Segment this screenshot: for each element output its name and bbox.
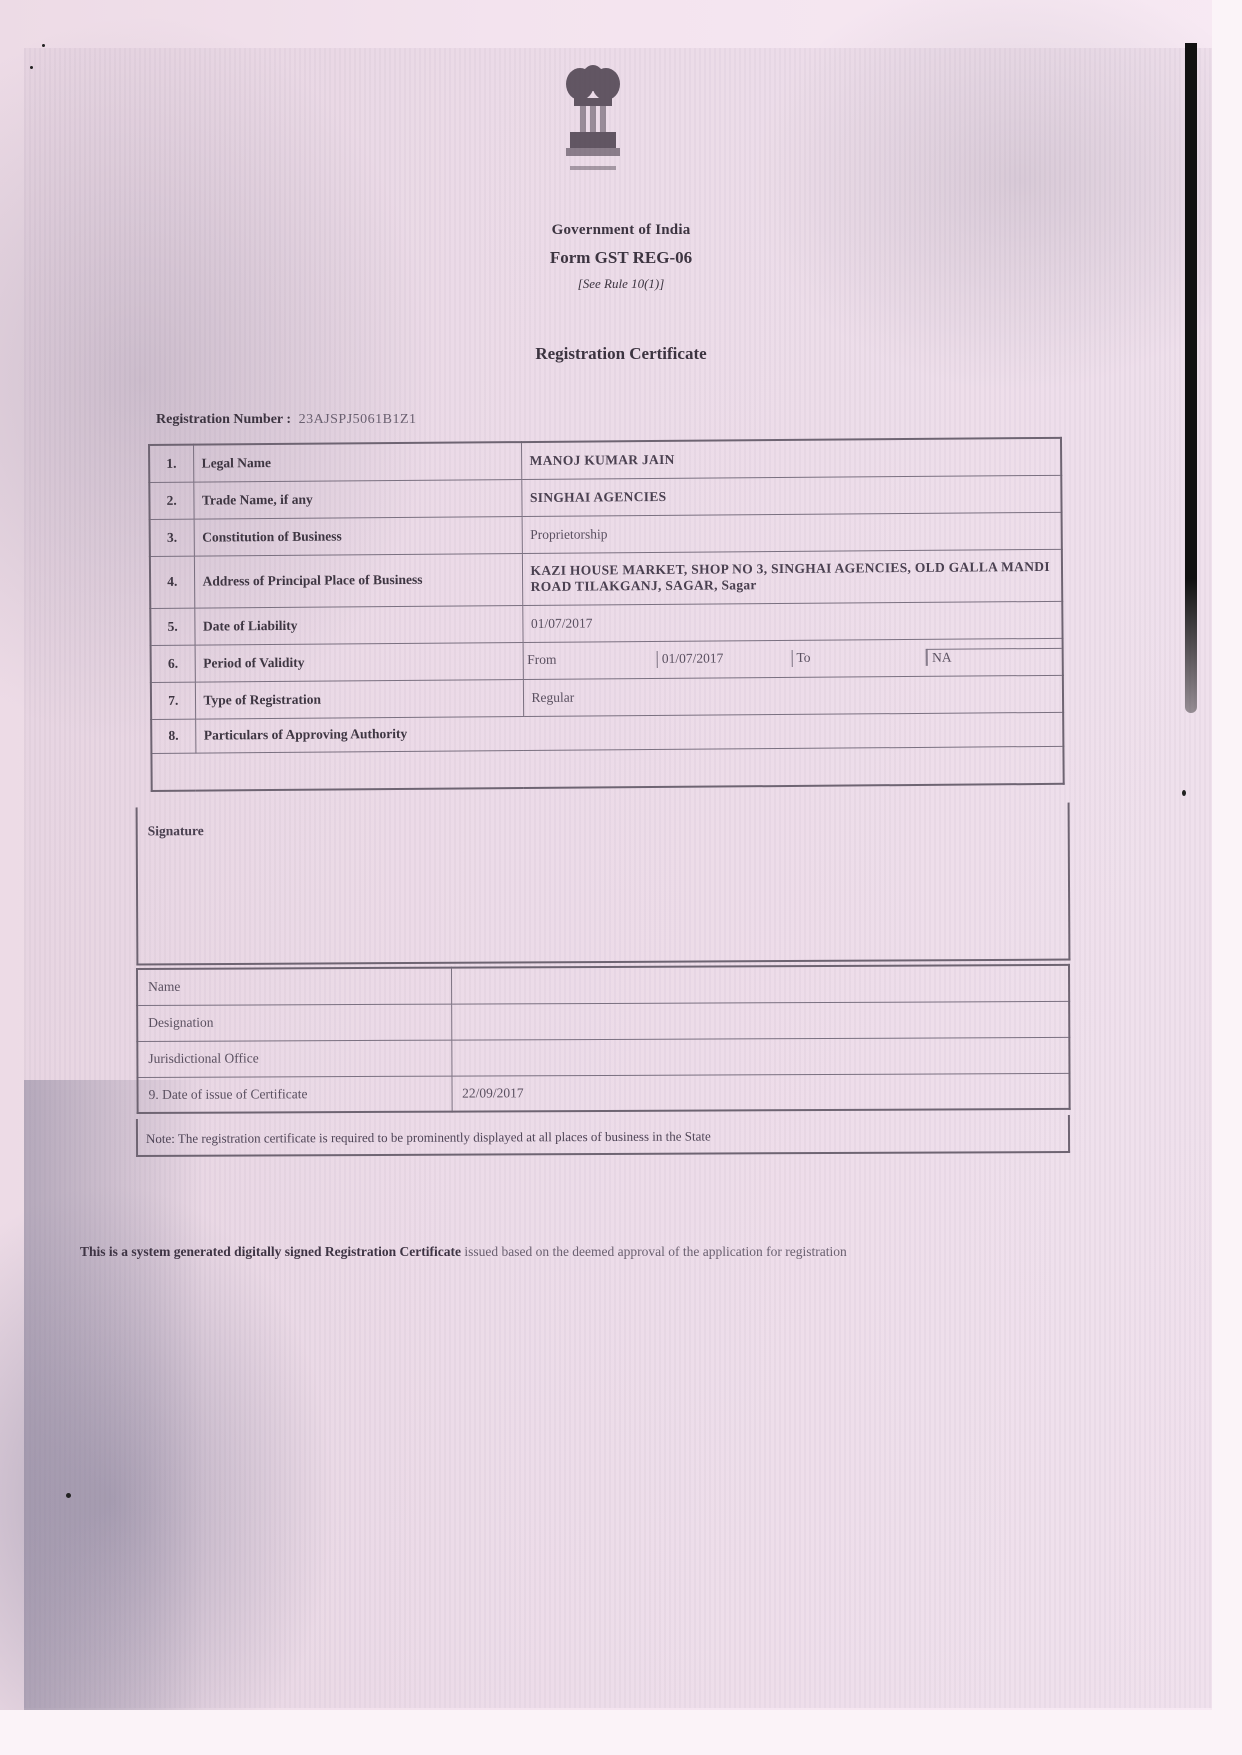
- footer-statement: This is a system generated digitally sig…: [80, 1240, 1040, 1264]
- scan-edge-bar: [1185, 43, 1197, 713]
- signature-box: Signature: [136, 803, 1071, 966]
- name-value: [451, 965, 1069, 1004]
- table-row: Name: [137, 965, 1069, 1005]
- form-number: Form GST REG-06: [0, 248, 1242, 268]
- validity-period: From 01/07/2017 To NA: [523, 648, 1062, 669]
- registration-type-value: Regular: [523, 675, 1063, 716]
- row-label: Address of Principal Place of Business: [194, 553, 522, 608]
- validity-from-label: From: [523, 651, 658, 669]
- name-label: Name: [137, 968, 451, 1005]
- scan-speck: [66, 1493, 71, 1498]
- row-number: 1.: [149, 445, 193, 482]
- table-row: Designation: [137, 1001, 1069, 1041]
- designation-value: [451, 1001, 1069, 1040]
- row-label: Type of Registration: [195, 679, 523, 719]
- validity-to-label: To: [792, 649, 927, 667]
- trade-name-value: SINGHAI AGENCIES: [521, 475, 1061, 516]
- rule-reference: [See Rule 10(1)]: [0, 276, 1242, 292]
- scan-speck: [1182, 790, 1186, 796]
- address-value: KAZI HOUSE MARKET, SHOP NO 3, SINGHAI AG…: [522, 549, 1062, 605]
- approving-authority-table: Name Designation Jurisdictional Office 9…: [136, 964, 1071, 1114]
- table-row: Jurisdictional Office: [137, 1037, 1069, 1077]
- issue-date-value: 22/09/2017: [451, 1073, 1069, 1112]
- page-margin-bottom: [0, 1710, 1242, 1755]
- row-label: Legal Name: [193, 442, 521, 482]
- row-number: 4.: [150, 556, 194, 608]
- blank-row: [151, 746, 1063, 791]
- row-label: Period of Validity: [195, 642, 523, 682]
- designation-label: Designation: [137, 1004, 451, 1041]
- jurisdictional-office-value: [451, 1037, 1069, 1076]
- table-row: 9. Date of issue of Certificate 22/09/20…: [137, 1073, 1069, 1113]
- scan-speck: [42, 44, 45, 47]
- validity-from-date: 01/07/2017: [658, 650, 793, 668]
- table-row: 4. Address of Principal Place of Busines…: [150, 549, 1062, 608]
- row-number: 8.: [151, 719, 195, 753]
- validity-to-date: NA: [927, 648, 1062, 666]
- display-note: Note: The registration certificate is re…: [136, 1115, 1070, 1157]
- registration-number-value: 23AJSPJ5061B1Z1: [299, 412, 417, 427]
- constitution-value: Proprietorship: [522, 512, 1062, 553]
- footer-text-bold: This is a system generated digitally sig…: [80, 1244, 461, 1259]
- government-heading: Government of India: [0, 222, 1242, 239]
- row-label: Date of Liability: [194, 605, 522, 645]
- scan-speck: [30, 66, 33, 69]
- issue-date-label: 9. Date of issue of Certificate: [137, 1076, 451, 1113]
- footer-text-rest: issued based on the deemed approval of t…: [461, 1244, 847, 1259]
- certificate-title: Registration Certificate: [0, 344, 1242, 364]
- row-label: Constitution of Business: [194, 516, 522, 556]
- row-number: 6.: [151, 645, 195, 682]
- scan-shadow: [24, 1080, 204, 1710]
- particulars-table: 1. Legal Name MANOJ KUMAR JAIN 2. Trade …: [148, 437, 1065, 792]
- table-row-spacer: [151, 746, 1063, 791]
- row-number: 7.: [151, 682, 195, 719]
- signature-label: Signature: [148, 823, 204, 839]
- legal-name-value: MANOJ KUMAR JAIN: [521, 438, 1061, 479]
- row-number: 3.: [150, 519, 194, 556]
- validity-cell: From 01/07/2017 To NA: [523, 638, 1063, 679]
- row-number: 2.: [149, 482, 193, 519]
- national-emblem-icon: [560, 62, 626, 180]
- date-of-liability-value: 01/07/2017: [522, 601, 1062, 642]
- row-number: 5.: [150, 608, 194, 645]
- jurisdictional-office-label: Jurisdictional Office: [137, 1040, 451, 1077]
- registration-number-label: Registration Number :: [156, 412, 291, 427]
- registration-number-line: Registration Number : 23AJSPJ5061B1Z1: [156, 412, 417, 428]
- row-label: Trade Name, if any: [193, 479, 521, 519]
